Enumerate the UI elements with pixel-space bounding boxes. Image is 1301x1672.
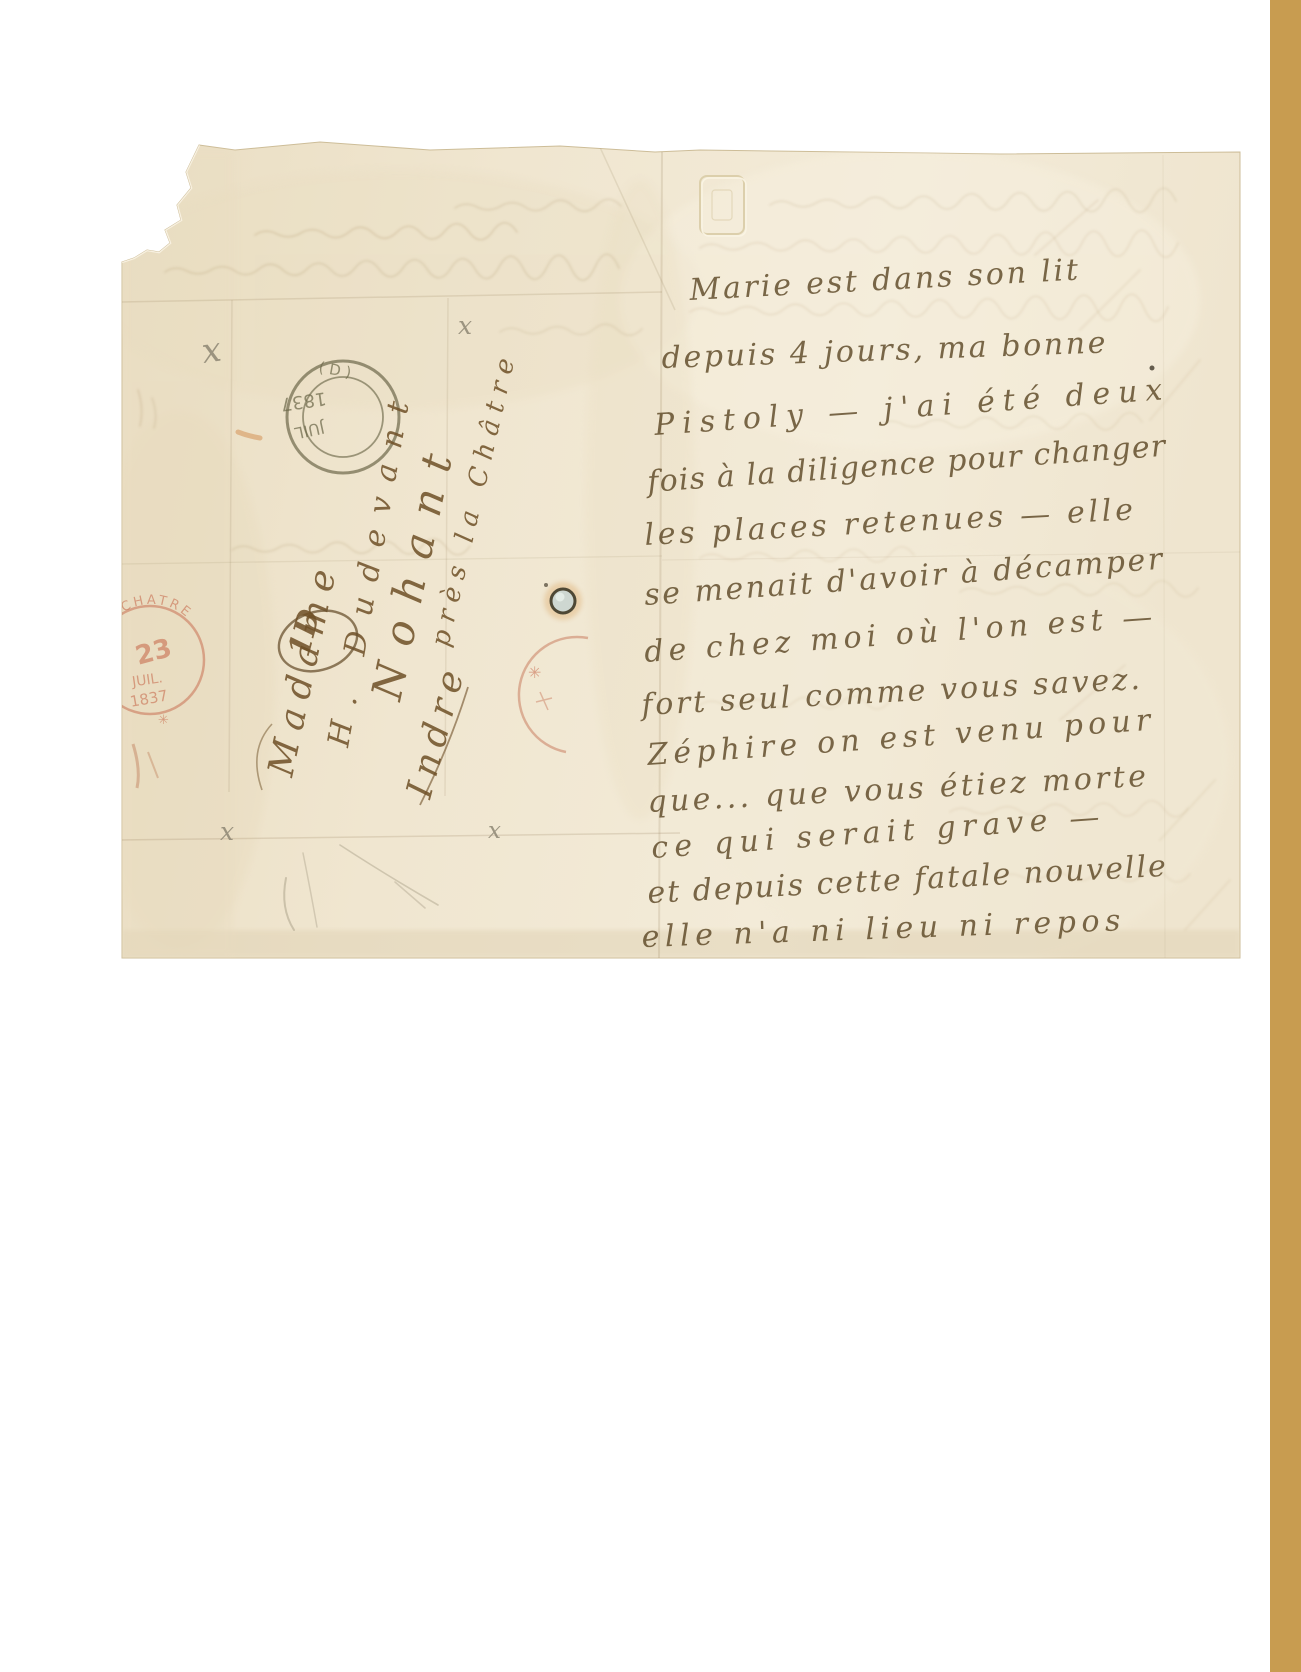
scanned-letter-photo: ( D ) 1837 JUIL Madame H. Dudevant Nohan… xyxy=(0,0,1301,1672)
gold-accent-bar xyxy=(1270,0,1301,1672)
pencil-cross-bottom-mid: x xyxy=(488,818,501,844)
seal-hole xyxy=(544,582,582,620)
arrival-stamp-star: ✳ xyxy=(158,713,169,728)
letter-sheet: ( D ) 1837 JUIL Madame H. Dudevant Nohan… xyxy=(85,142,1240,970)
pencil-cross-top-right: x xyxy=(458,311,472,340)
letter-scan-svg: ( D ) 1837 JUIL Madame H. Dudevant Nohan… xyxy=(0,0,1301,1672)
pencil-cross-bottom-left: x xyxy=(220,817,234,846)
partial-stamp-star: ✳ xyxy=(528,663,541,682)
